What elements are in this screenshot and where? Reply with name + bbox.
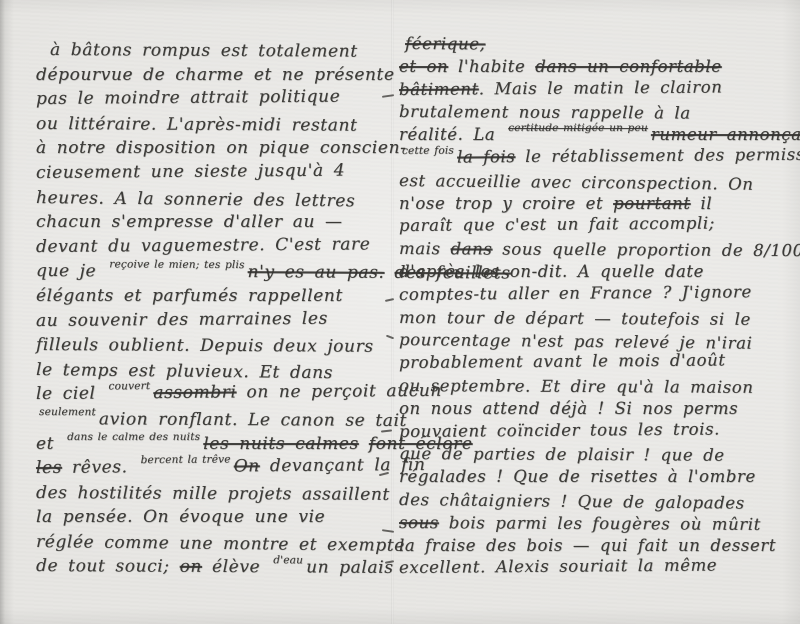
text-segment: n'ose trop y croire et bbox=[399, 194, 613, 213]
text-segment: à bâtons rompus est totalement bbox=[50, 40, 358, 62]
handwritten-line: féerique, bbox=[405, 34, 795, 59]
struck-text: sous bbox=[399, 513, 439, 532]
handwritten-line: d'après les on-dit. A quelle date bbox=[399, 262, 795, 285]
text-segment: et bbox=[36, 434, 64, 454]
text-segment: au souvenir des marraines les bbox=[36, 308, 328, 330]
struck-text: On bbox=[234, 456, 260, 476]
text-segment: de tout souci; bbox=[36, 556, 180, 577]
inserted-text: certitude mitigée un peu bbox=[508, 122, 648, 134]
handwritten-line: mon tour de départ — toutefois si le bbox=[399, 308, 795, 333]
text-segment: des châtaigniers ! Que de galopades bbox=[399, 490, 745, 513]
inserted-text: couvert bbox=[108, 380, 150, 392]
inserted-text: d'eau bbox=[273, 555, 303, 567]
inserted-text: bercent la trêve bbox=[141, 454, 231, 467]
inserted-text: cette fois bbox=[402, 145, 454, 157]
text-segment: brutalement nous rappelle à la bbox=[399, 102, 691, 123]
text-segment: avion ronflant. Le canon se tait bbox=[99, 409, 407, 431]
handwritten-line: devant du vaguemestre. C'est rare bbox=[36, 234, 388, 261]
text-segment: paraît que c'est un fait accompli; bbox=[399, 214, 715, 235]
text-segment: devant du vaguemestre. C'est rare bbox=[36, 234, 371, 257]
text-segment: heures. A la sonnerie des lettres bbox=[36, 188, 355, 211]
struck-text: dans bbox=[450, 239, 492, 258]
text-segment: dépourvue de charme et ne présente bbox=[36, 65, 395, 85]
struck-text: bâtiment bbox=[399, 79, 479, 99]
manuscript-page-right: féerique,et on l'habite dans un conforta… bbox=[399, 34, 795, 581]
handwritten-line: que de parties de plaisir ! que de bbox=[399, 444, 795, 469]
handwritten-line: paraît que c'est un fait accompli; bbox=[399, 213, 795, 239]
text-segment: comptes-tu aller en France ? J'ignore bbox=[399, 282, 752, 304]
text-segment: réglée comme une montre et exempte bbox=[36, 532, 405, 556]
text-segment: des hostilités mille projets assaillent bbox=[36, 483, 390, 505]
struck-text: les nuits calmes bbox=[203, 434, 359, 454]
text-segment: que je bbox=[36, 261, 106, 281]
inserted-text: reçoive le mien; tes plis bbox=[109, 259, 244, 272]
manuscript-page-left: à bâtons rompus est totalementdépourvue … bbox=[36, 40, 388, 581]
text-segment: que de parties de plaisir ! que de bbox=[399, 444, 725, 465]
text-segment: élève bbox=[202, 557, 270, 577]
text-segment: mais bbox=[399, 239, 451, 258]
handwritten-line: excellent. Alexis souriait la même bbox=[399, 555, 795, 581]
struck-text: les bbox=[36, 458, 62, 478]
text-segment: . Mais le matin le clairon bbox=[479, 77, 723, 98]
handwritten-line: heures. A la sonnerie des lettres bbox=[36, 188, 388, 216]
handwritten-line: ou littéraire. L'après-midi restant bbox=[36, 114, 388, 140]
handwritten-line: à notre disposition on pique conscien- bbox=[36, 138, 388, 163]
handwritten-line: bâtiment. Mais le matin le clairon bbox=[399, 76, 795, 102]
text-segment: réalité. La bbox=[399, 125, 505, 144]
text-segment: la pensée. On évoque une vie bbox=[36, 507, 325, 527]
struck-text: dans un confortable bbox=[535, 57, 721, 76]
handwritten-line: au souvenir des marraines les bbox=[36, 308, 388, 335]
text-segment: la fraise des bois — qui fait un dessert bbox=[399, 536, 776, 555]
handwritten-line: probablement avant le mois d'août bbox=[399, 350, 795, 376]
text-segment: le ciel bbox=[36, 384, 106, 405]
text-segment: ou littéraire. L'après-midi restant bbox=[36, 114, 358, 136]
inserted-text: dans le calme des nuits bbox=[67, 431, 200, 443]
struck-text: féerique, bbox=[405, 34, 486, 53]
text-segment: est accueillie avec circonspection. On bbox=[399, 171, 754, 194]
text-segment: un palais bbox=[306, 558, 394, 578]
text-segment: régalades ! Que de risettes à l'ombre bbox=[399, 467, 756, 486]
text-segment: sous quelle proportion de 8/100 .. bbox=[492, 240, 800, 261]
text-segment: on nous attend déjà ! Si nos perms bbox=[399, 399, 738, 418]
handwritten-line: que je reçoive le mien; tes plisn'y es a… bbox=[36, 261, 388, 287]
text-segment: élégants et parfumés rappellent bbox=[36, 286, 343, 306]
handwritten-line: dépourvue de charme et ne présente bbox=[36, 65, 388, 90]
handwritten-line: mais dans sous quelle proportion de 8/10… bbox=[399, 239, 795, 264]
handwritten-line: comptes-tu aller en France ? J'ignore bbox=[399, 282, 795, 308]
text-segment: mon tour de départ — toutefois si le bbox=[399, 308, 751, 329]
handwritten-line: à bâtons rompus est totalement bbox=[50, 40, 388, 66]
text-segment: rêves. bbox=[62, 457, 138, 478]
inserted-text: seulement bbox=[39, 406, 96, 418]
handwritten-line: filleuls oublient. Depuis deux jours bbox=[36, 335, 388, 361]
struck-text: assombri bbox=[153, 383, 236, 404]
handwritten-line: on nous attend déjà ! Si nos perms bbox=[399, 399, 795, 422]
handwritten-line: de tout souci; on élève d'eauun palais bbox=[36, 556, 388, 582]
struck-text: on bbox=[180, 557, 202, 577]
text-segment: le temps est pluvieux. Et dans bbox=[36, 360, 333, 383]
text-segment: pas le moindre attrait politique bbox=[36, 87, 341, 109]
text-segment: d'après les on-dit. A quelle date bbox=[399, 262, 704, 281]
handwritten-line: élégants et parfumés rappellent bbox=[36, 286, 388, 311]
handwritten-line: est accueillie avec circonspection. On bbox=[399, 171, 795, 198]
handwritten-line: la pensée. On évoque une vie bbox=[36, 507, 388, 532]
text-segment: le rétablissement des permissions bbox=[515, 145, 800, 167]
text-segment: ou septembre. Et dire qu'à la maison bbox=[399, 376, 754, 397]
text-segment: bois parmi les fougères où mûrit bbox=[439, 513, 761, 534]
struck-text: n'y es au pas. bbox=[248, 262, 385, 283]
handwritten-line: cette foisla fois le rétablissement des … bbox=[399, 145, 795, 171]
text-segment: l'habite bbox=[448, 57, 535, 76]
text-segment: cieusement une sieste jusqu'à 4 bbox=[36, 161, 345, 183]
text-segment: à notre disposition on pique conscien- bbox=[36, 138, 406, 158]
handwritten-line: les rêves. bercent la trêveOn devançant … bbox=[36, 455, 388, 482]
handwritten-line: régalades ! Que de risettes à l'ombre bbox=[399, 467, 795, 490]
handwritten-line: sous bois parmi les fougères où mûrit bbox=[399, 513, 795, 538]
handwritten-line: pouvaient coïncider tous les trois. bbox=[399, 418, 795, 444]
struck-text: la fois bbox=[457, 147, 516, 166]
text-segment: probablement avant le mois d'août bbox=[399, 351, 726, 373]
handwritten-line: des hostilités mille projets assaillent bbox=[36, 483, 388, 509]
struck-text: et on bbox=[399, 57, 448, 76]
handwritten-line: pas le moindre attrait politique bbox=[36, 86, 388, 113]
text-segment bbox=[359, 434, 369, 454]
text-segment: filleuls oublient. Depuis deux jours bbox=[36, 335, 374, 357]
manuscript-scan: à bâtons rompus est totalementdépourvue … bbox=[0, 0, 800, 624]
handwritten-line: chacun s'empresse d'aller au — bbox=[36, 212, 388, 237]
handwritten-line: et on l'habite dans un confortable bbox=[399, 57, 795, 80]
handwritten-line: le ciel couvertassombri on ne perçoit au… bbox=[36, 382, 388, 409]
text-segment: excellent. Alexis souriait la même bbox=[399, 556, 717, 577]
text-segment: pouvaient coïncider tous les trois. bbox=[399, 419, 720, 441]
handwritten-line: ou septembre. Et dire qu'à la maison bbox=[399, 376, 795, 401]
handwritten-line: cieusement une sieste jusqu'à 4 bbox=[36, 160, 388, 187]
struck-text: rumeur annonçant une bonne bbox=[651, 125, 800, 144]
